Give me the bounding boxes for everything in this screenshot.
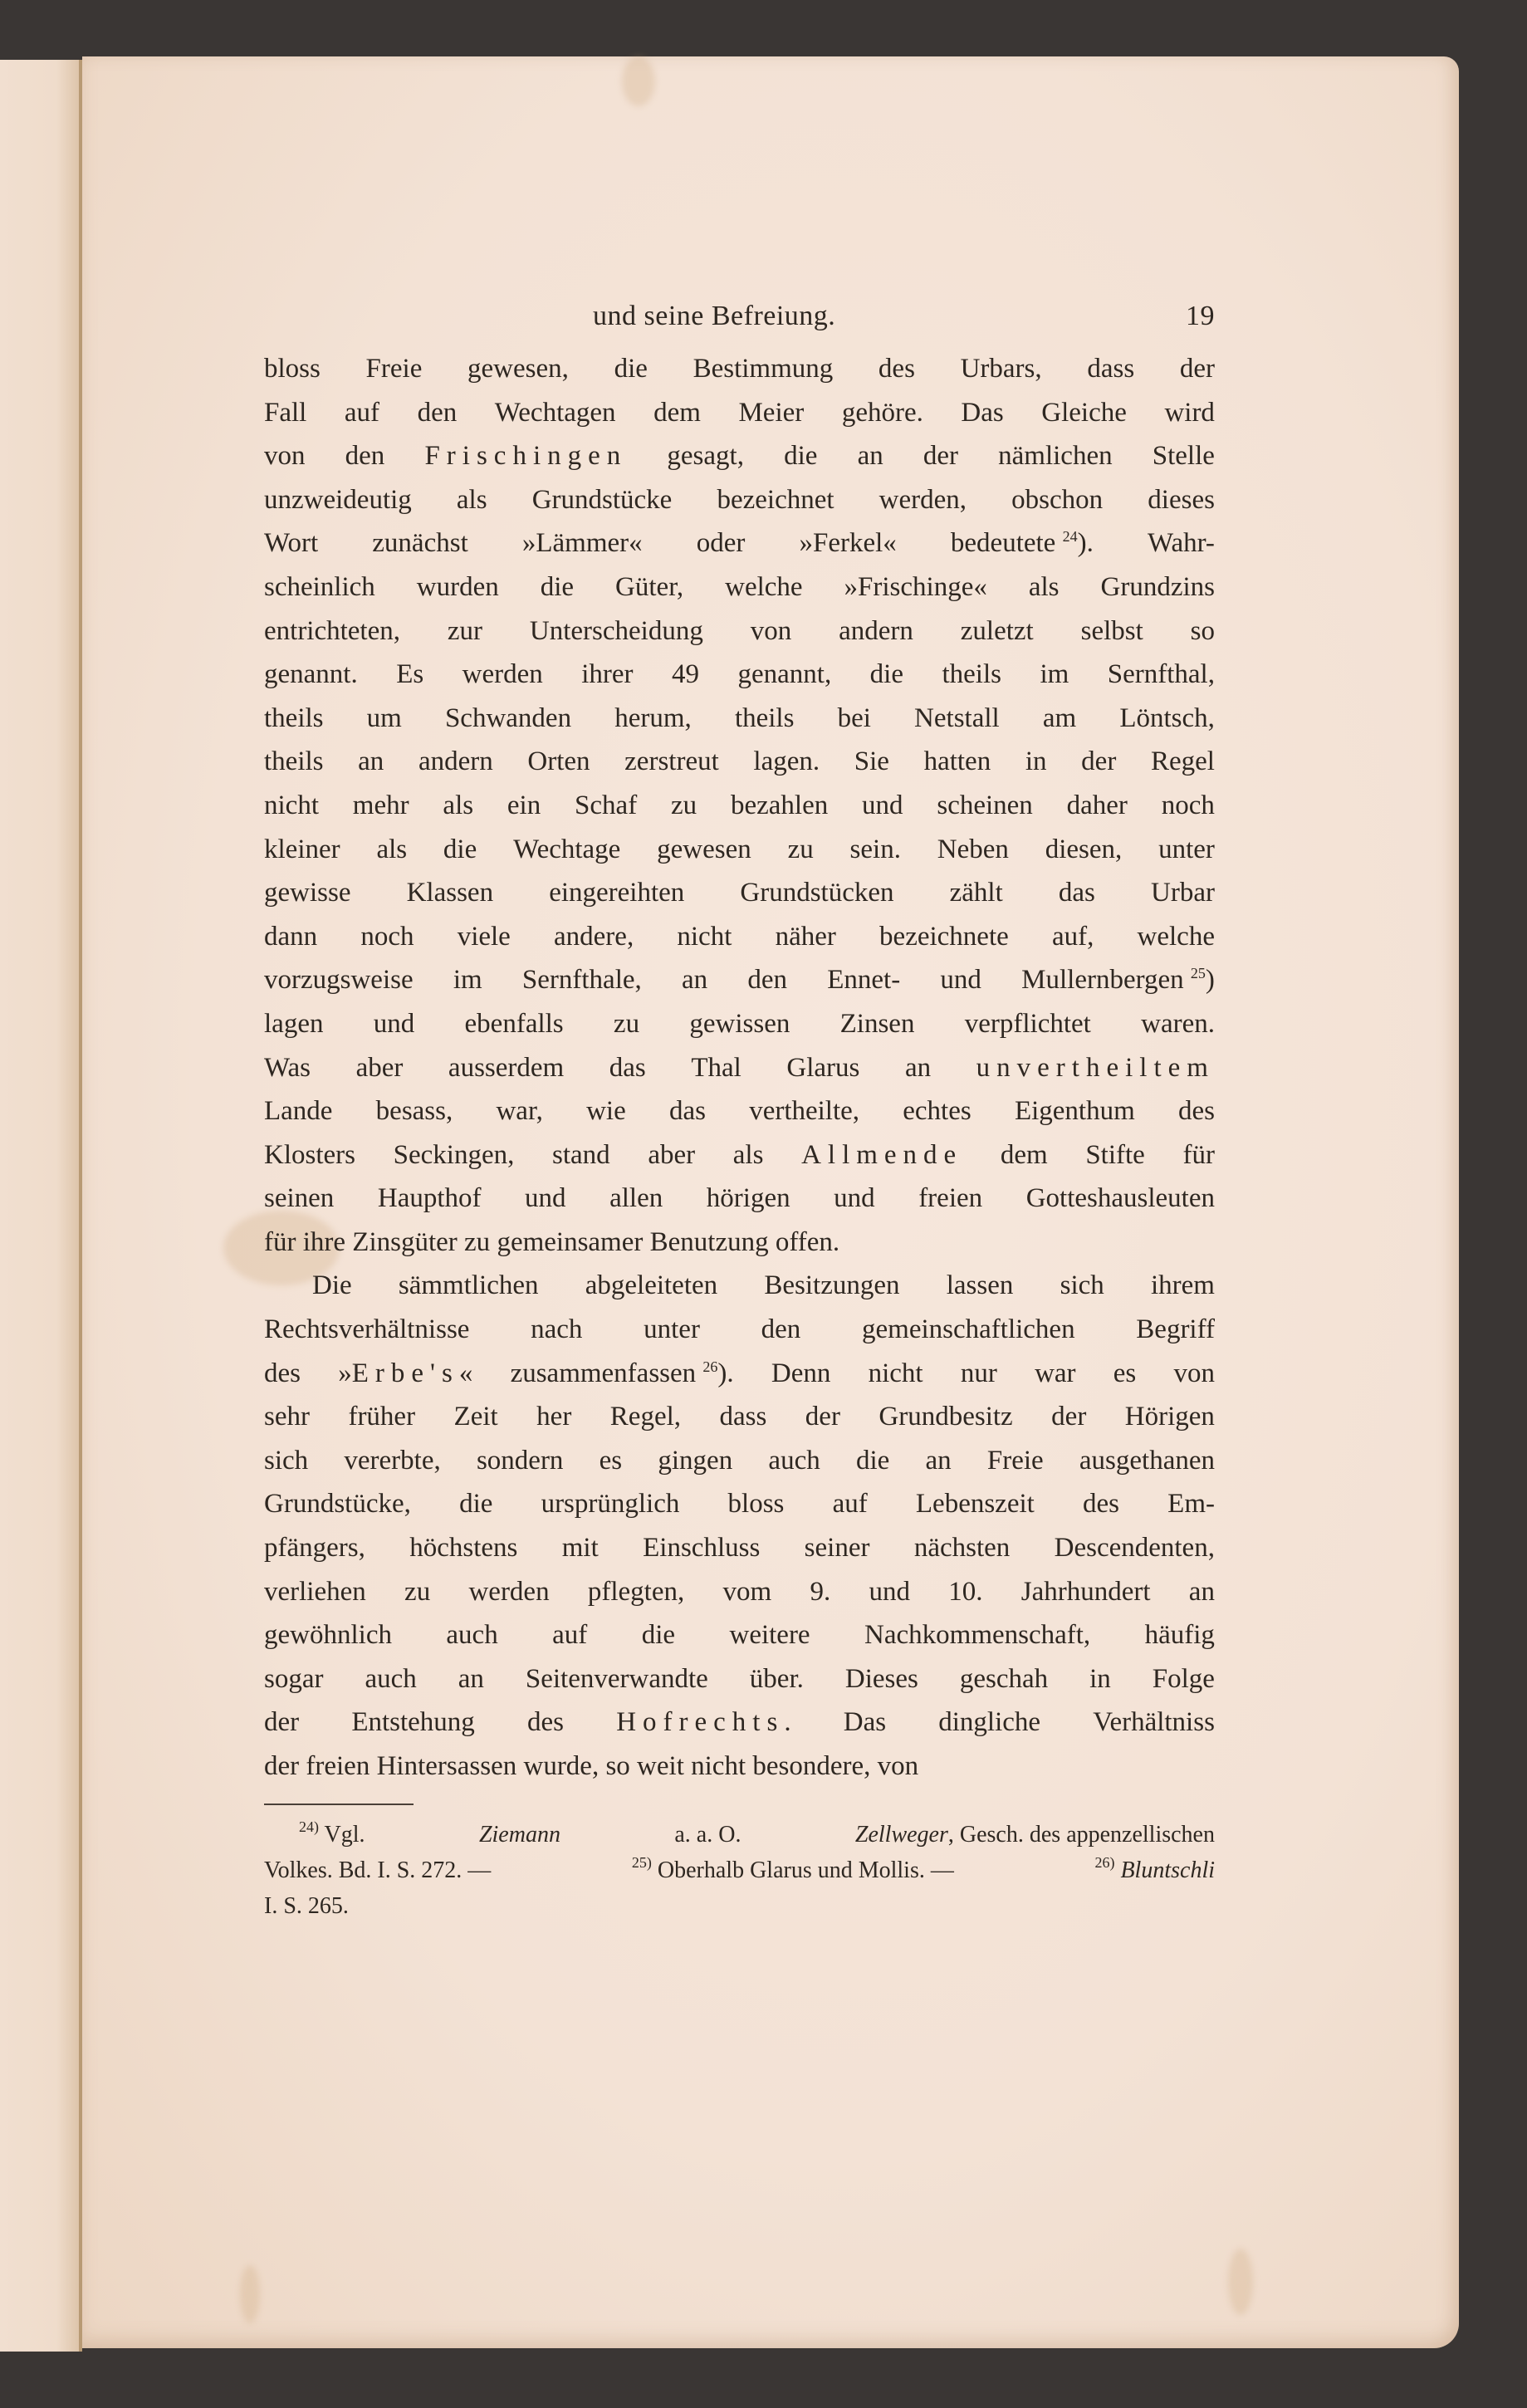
word: stand [552, 1133, 610, 1177]
text-line: blossFreiegewesen,dieBestimmungdesUrbars… [264, 347, 1215, 391]
word: ausserdem [448, 1046, 564, 1090]
word: Jahrhundert [1021, 1570, 1151, 1614]
word: von [264, 434, 306, 478]
word: war, [496, 1089, 542, 1133]
word: hatten [924, 740, 991, 784]
word: der [1180, 347, 1215, 391]
word: und [374, 1002, 415, 1046]
word: allen [609, 1177, 663, 1221]
word: lagen. [753, 740, 820, 784]
word: unter [644, 1308, 700, 1352]
word: den [345, 434, 385, 478]
word: auch [365, 1657, 416, 1701]
word: Grundstücken [740, 871, 893, 915]
word: freien [306, 1745, 370, 1789]
text-line: sichvererbte,sondernesgingenauchdieanFre… [264, 1439, 1215, 1483]
word: Sie [854, 740, 889, 784]
word: welche [725, 565, 802, 609]
word: Einschluss [643, 1526, 760, 1570]
word: werden, [879, 478, 967, 522]
word: Mullernbergen 25) [1021, 958, 1215, 1002]
word: an [458, 1657, 484, 1701]
footnote-author: Zellweger [855, 1822, 948, 1848]
word: Seckingen, [394, 1133, 515, 1177]
word: an [925, 1439, 951, 1483]
word: Meier [738, 391, 804, 435]
word: zu [404, 1570, 430, 1614]
word: obschon [1011, 478, 1103, 522]
word: zerstreut [624, 740, 719, 784]
text-line: pfängers,höchstensmitEinschlussseinernäc… [264, 1526, 1215, 1570]
word: lagen [264, 1002, 323, 1046]
word: Fall [264, 391, 306, 435]
word: genannt, [737, 653, 831, 697]
word: gehöre. [842, 391, 923, 435]
word: Sernfthal, [1108, 653, 1215, 697]
word: Wechtagen [495, 391, 616, 435]
word: auf [833, 1482, 868, 1526]
word: Glarus [786, 1046, 859, 1090]
word: mit [562, 1526, 599, 1570]
word: gemeinsamer [497, 1221, 643, 1265]
word: der [923, 434, 958, 478]
word: wurde, [523, 1745, 599, 1789]
word: gewisse [264, 871, 350, 915]
word: wie [586, 1089, 626, 1133]
word: Verhältniss [1093, 1701, 1215, 1745]
word: welche [1138, 915, 1215, 959]
word: zu [671, 784, 697, 828]
word: gewesen [657, 828, 751, 872]
word: werden [463, 653, 543, 697]
word: Güter, [615, 565, 683, 609]
text-line: Rechtsverhältnissenachunterdengemeinscha… [264, 1308, 1215, 1352]
word: werden [468, 1570, 549, 1614]
word: Netstall [914, 697, 1000, 741]
word: Unterscheidung [530, 609, 703, 653]
word: als [457, 478, 487, 522]
footnote-text: I. S. 265. [264, 1888, 349, 1924]
word: dem [1001, 1133, 1048, 1177]
word: den [418, 391, 458, 435]
word: Grundstücke, [264, 1482, 411, 1526]
word: unvertheiltem [976, 1046, 1215, 1090]
word: und [834, 1177, 875, 1221]
word: und [940, 958, 981, 1002]
word: als [376, 828, 407, 872]
emphasized-term: Frischingen [424, 441, 627, 471]
word: Stifte [1085, 1133, 1145, 1177]
word: ihrem [1151, 1264, 1215, 1308]
word: so [1191, 609, 1215, 653]
word: gingen [658, 1439, 732, 1483]
footnote-author: Bluntschli [1120, 1857, 1215, 1883]
word: mehr [353, 784, 409, 828]
word: Gleiche [1041, 391, 1127, 435]
footnote-divider [264, 1804, 414, 1805]
word: zu [464, 1221, 490, 1265]
text-line: KlostersSeckingen,standaberalsAllmendede… [264, 1133, 1215, 1177]
word: dann [264, 915, 317, 959]
word: Wort [264, 521, 318, 565]
text-line: FallaufdenWechtagendemMeiergehöre.DasGle… [264, 391, 1215, 435]
word: dass [719, 1395, 766, 1439]
page-number: 19 [1186, 301, 1215, 332]
word: Zeit [454, 1395, 498, 1439]
word: gewissen [689, 1002, 790, 1046]
word: für [264, 1221, 296, 1265]
word: Descendenten, [1055, 1526, 1215, 1570]
footnote-text: a. a. O. [674, 1817, 741, 1852]
body-text: blossFreiegewesen,dieBestimmungdesUrbars… [264, 347, 1215, 1789]
word: ausgethanen [1079, 1439, 1215, 1483]
word: vom [723, 1570, 772, 1614]
word: in [1089, 1657, 1111, 1701]
word: sehr [264, 1395, 310, 1439]
text-line: vondenFrischingengesagt,dieandernämliche… [264, 434, 1215, 478]
word: Wechtage [513, 828, 620, 872]
word: der [264, 1701, 299, 1745]
word: Orten [527, 740, 590, 784]
word: Klassen [407, 871, 493, 915]
word: noch [1162, 784, 1215, 828]
word: Neben [937, 828, 1009, 872]
text-line: gewöhnlichauchaufdieweitereNachkommensch… [264, 1613, 1215, 1657]
text-line: nichtmehralseinSchafzubezahlenundscheine… [264, 784, 1215, 828]
word: des [527, 1701, 564, 1745]
word: gesagt, [667, 434, 744, 478]
text-line: der freien Hintersassen wurde, so weit n… [264, 1745, 1215, 1789]
word: Lande [264, 1089, 332, 1133]
word: Hintersassen [377, 1745, 517, 1789]
word: Allmende [801, 1133, 962, 1177]
word: Hofrechts. [616, 1701, 790, 1745]
emphasized-term: unvertheiltem [976, 1053, 1215, 1083]
word: Benutzung [650, 1221, 769, 1265]
text-line: entrichteten,zurUnterscheidungvonandernz… [264, 609, 1215, 653]
word: offen. [776, 1221, 839, 1265]
page-text: und seine Befreiung. 19 blossFreiegewese… [264, 301, 1215, 1924]
text-line: verliehenzuwerdenpflegten,vom9.und10.Jah… [264, 1570, 1215, 1614]
word: sein. [850, 828, 901, 872]
word: zur [448, 609, 482, 653]
word: zählt [950, 871, 1003, 915]
footnote-line: Volkes. Bd. I. S. 272. — 25) Oberhalb Gl… [264, 1852, 1215, 1888]
word: dass [1087, 347, 1134, 391]
text-line: Wortzunächst»Lämmer«oder»Ferkel«bedeutet… [264, 521, 1215, 565]
word: »Ferkel« [799, 521, 896, 565]
footnote-text: Vgl. [325, 1822, 365, 1848]
paper-stain [1228, 2249, 1253, 2315]
word: den [747, 958, 787, 1002]
word: 9. [810, 1570, 830, 1614]
word: dingliche [938, 1701, 1040, 1745]
word: von [1174, 1352, 1216, 1396]
word: ein [507, 784, 541, 828]
word: Entstehung [351, 1701, 474, 1745]
word: andern [839, 609, 913, 653]
text-line: sogarauchanSeitenverwandteüber.Diesesges… [264, 1657, 1215, 1701]
text-line: Landebesass,war,wiedasvertheilte,echtesE… [264, 1089, 1215, 1133]
word: für [1182, 1133, 1214, 1177]
word: die [856, 1439, 889, 1483]
text-line: gewisseKlasseneingereihtenGrundstückenzä… [264, 871, 1215, 915]
word: bei [838, 697, 871, 741]
word: Urbars, [961, 347, 1042, 391]
word: verliehen [264, 1570, 366, 1614]
text-line: WasaberausserdemdasThalGlarusanunverthei… [264, 1046, 1215, 1090]
word: »Lämmer« [522, 521, 643, 565]
word: an [1189, 1570, 1215, 1614]
word: geschah [960, 1657, 1048, 1701]
word: sondern [477, 1439, 563, 1483]
word: Stelle [1153, 434, 1215, 478]
word: ursprünglich [541, 1482, 680, 1526]
word: theils [264, 697, 324, 741]
word: nur [961, 1352, 997, 1396]
word: der [1051, 1395, 1086, 1439]
emphasized-term: Hofrechts [616, 1707, 784, 1737]
word: ihre [303, 1221, 345, 1265]
word: seinen [264, 1177, 334, 1221]
word: an [358, 740, 384, 784]
word: Regel, [610, 1395, 681, 1439]
word: »Frischinge« [844, 565, 987, 609]
footnote-text: , Gesch. des appenzellischen [948, 1822, 1215, 1848]
word: besass, [376, 1089, 453, 1133]
word: Wahr- [1148, 521, 1215, 565]
word: theils [735, 697, 795, 741]
word: nicht [264, 784, 319, 828]
word: auf [345, 391, 379, 435]
text-line: seinenHaupthofundallenhörigenundfreienGo… [264, 1177, 1215, 1221]
word: Schaf [575, 784, 637, 828]
word: zu [614, 1002, 639, 1046]
word: die [459, 1482, 492, 1526]
text-line: lagenundebenfallszugewissenZinsenverpfli… [264, 1002, 1215, 1046]
word: Urbar [1151, 871, 1215, 915]
word: näher [776, 915, 836, 959]
text-line: theilsumSchwandenherum,theilsbeiNetstall… [264, 697, 1215, 741]
word: dieses [1148, 478, 1215, 522]
word: Lebenszeit [916, 1482, 1035, 1526]
word: die [784, 434, 817, 478]
word: oder [697, 521, 746, 565]
word: weit [637, 1745, 684, 1789]
word: über. [750, 1657, 804, 1701]
word: »Erbe's« [338, 1352, 472, 1396]
word: diesen, [1045, 828, 1123, 872]
word: als [733, 1133, 764, 1177]
word: in [1025, 740, 1047, 784]
word: an [682, 958, 707, 1002]
word: lassen [947, 1264, 1014, 1308]
text-line: vorzugsweiseimSernfthale,andenEnnet-undM… [264, 958, 1215, 1002]
text-line: genannt.Eswerdenihrer49genannt,dietheils… [264, 653, 1215, 697]
word: pflegten, [588, 1570, 684, 1614]
word: Denn [771, 1352, 830, 1396]
word: andern [418, 740, 493, 784]
word: ebenfalls [465, 1002, 564, 1046]
word: Hörigen [1125, 1395, 1215, 1439]
footnote-marker: 25) [632, 1854, 652, 1871]
word: die [541, 565, 574, 609]
footnote-marker: 26) [1094, 1854, 1114, 1871]
word: Schwanden [445, 697, 571, 741]
word: Nachkommenschaft, [864, 1613, 1090, 1657]
previous-page-edge [0, 60, 81, 2352]
word: Bestimmung [693, 347, 834, 391]
word: und [525, 1177, 566, 1221]
word: Zinsen [840, 1002, 915, 1046]
word: die [443, 828, 477, 872]
word: verpflichtet [965, 1002, 1091, 1046]
word: waren. [1141, 1002, 1215, 1046]
word: Ennet- [827, 958, 900, 1002]
word: auch [768, 1439, 820, 1483]
word: vorzugsweise [264, 958, 414, 1002]
word: Folge [1153, 1657, 1215, 1701]
word: die [870, 653, 903, 697]
word: der [805, 1395, 840, 1439]
word: zu [788, 828, 814, 872]
word: am [1043, 697, 1076, 741]
word: höchstens [409, 1526, 517, 1570]
word: herum, [614, 697, 692, 741]
word: hörigen [707, 1177, 790, 1221]
word: Es [396, 653, 423, 697]
word: Klosters [264, 1133, 355, 1177]
word: Sernfthale, [522, 958, 642, 1002]
word: Besitzungen [764, 1264, 899, 1308]
word: scheinen [937, 784, 1032, 828]
word: unzweideutig [264, 478, 412, 522]
word: scheinlich [264, 565, 375, 609]
word: Frischingen [424, 434, 627, 478]
word: Gotteshausleuten [1026, 1177, 1215, 1221]
footnote-ref: 25 [1191, 965, 1206, 981]
text-line: des»Erbe's«zusammenfassen 26).Dennnichtn… [264, 1352, 1215, 1396]
text-line: für ihre Zinsgüter zu gemeinsamer Benutz… [264, 1221, 1215, 1265]
word: als [1029, 565, 1060, 609]
word: pfängers, [264, 1526, 365, 1570]
paper-stain [622, 56, 655, 106]
word: früher [348, 1395, 415, 1439]
word: der [1081, 740, 1116, 784]
text-line: sehrfrüherZeitherRegel,dassderGrundbesit… [264, 1395, 1215, 1439]
word: nicht [869, 1352, 923, 1396]
word: vererbte, [344, 1439, 440, 1483]
word: nicht [691, 1745, 746, 1789]
word: aber [648, 1133, 695, 1177]
word: gemeinschaftlichen [862, 1308, 1075, 1352]
word: abgeleiteten [585, 1264, 717, 1308]
word: gewöhnlich [264, 1613, 392, 1657]
word: des [1178, 1089, 1215, 1133]
text-line: Grundstücke,dieursprünglichblossaufLeben… [264, 1482, 1215, 1526]
paper-stain [240, 2265, 260, 2323]
word: Begriff [1136, 1308, 1215, 1352]
word: nicht [677, 915, 732, 959]
text-line: theilsanandernOrtenzerstreutlagen.Siehat… [264, 740, 1215, 784]
word: Grundzins [1101, 565, 1215, 609]
word: auf [552, 1613, 587, 1657]
word: bezeichnete [879, 915, 1009, 959]
word: und [862, 784, 903, 828]
word: andere, [554, 915, 634, 959]
word: an [858, 434, 883, 478]
word: Die [312, 1264, 352, 1308]
footnote-line: 24) Vgl. Ziemann a. a. O. Zellweger, Ges… [264, 1817, 1215, 1852]
word: Regel [1151, 740, 1215, 784]
word: Em- [1167, 1482, 1215, 1526]
word: her [536, 1395, 571, 1439]
word: zuletzt [961, 609, 1034, 653]
word: wird [1164, 391, 1215, 435]
word: als [443, 784, 473, 828]
footnote-line: I. S. 265. [264, 1888, 1215, 1924]
text-line: dannnochvieleandere,nichtnäherbezeichnet… [264, 915, 1215, 959]
word: und [869, 1570, 910, 1614]
footnote-ref: 26 [702, 1358, 717, 1375]
word: 49 [672, 653, 699, 697]
word: die [614, 347, 648, 391]
word: sich [264, 1439, 308, 1483]
word: im [453, 958, 482, 1002]
word: auf, [1052, 915, 1094, 959]
word: bezahlen [731, 784, 828, 828]
word: zusammenfassen 26). [511, 1352, 734, 1396]
word: das [669, 1089, 706, 1133]
word: wurden [417, 565, 499, 609]
word: bedeutete 24). [951, 521, 1094, 565]
word: genannt. [264, 653, 358, 697]
word: Dieses [845, 1657, 918, 1701]
word: bloss [728, 1482, 785, 1526]
text-line: DiesämmtlichenabgeleitetenBesitzungenlas… [264, 1264, 1215, 1308]
word: Seitenverwandte [526, 1657, 708, 1701]
word: besondere, [752, 1745, 870, 1789]
word: daher [1067, 784, 1128, 828]
word: an [905, 1046, 931, 1090]
word: entrichteten, [264, 609, 400, 653]
word: Rechtsverhältnisse [264, 1308, 469, 1352]
word: sich [1060, 1264, 1104, 1308]
word: echtes [903, 1089, 971, 1133]
word: nächsten [914, 1526, 1010, 1570]
word: Grundstücke [532, 478, 673, 522]
word: theils [942, 653, 1001, 697]
word: 10. [948, 1570, 982, 1614]
word: der [264, 1745, 299, 1789]
word: häufig [1145, 1613, 1215, 1657]
word: unter [1158, 828, 1215, 872]
text-line: scheinlichwurdendieGüter,welche»Frischin… [264, 565, 1215, 609]
word: bloss [264, 347, 321, 391]
word: im [1040, 653, 1069, 697]
word: nämlichen [998, 434, 1112, 478]
word: auch [446, 1613, 497, 1657]
word: weitere [729, 1613, 810, 1657]
footnote-text: Oberhalb Glarus und Mollis. — [658, 1857, 954, 1883]
word: den [761, 1308, 801, 1352]
word: zunächst [372, 521, 467, 565]
word: nach [531, 1308, 582, 1352]
word: dem [653, 391, 701, 435]
text-line: kleineralsdieWechtagegewesenzusein.Neben… [264, 828, 1215, 872]
word: selbst [1081, 609, 1143, 653]
word: es [600, 1439, 623, 1483]
